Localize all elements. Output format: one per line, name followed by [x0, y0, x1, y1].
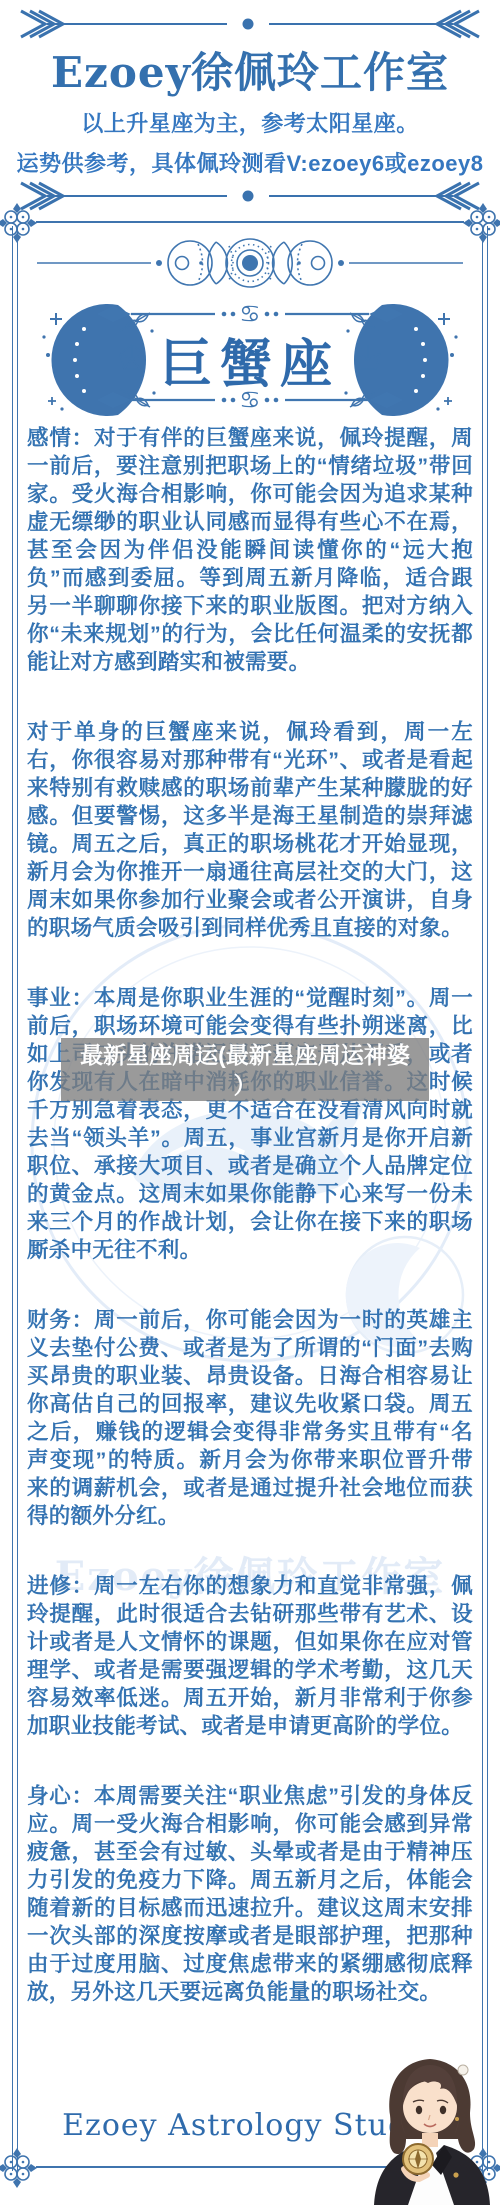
astrologer-avatar-illustration [366, 2053, 498, 2205]
frame-right-border [482, 226, 488, 2171]
studio-title: Ezoey徐佩玲工作室 [0, 40, 500, 100]
career-paragraph: 事业：本周是你职业生涯的“觉醒时刻”。周一前后，职场环境可能会变得有些扑朔迷离，… [27, 984, 473, 1264]
corner-rosette-icon [0, 2148, 37, 2188]
horoscope-body: 感情：对于有伴的巨蟹座来说，佩玲提醒，周一前后，要注意别把职场上的“情绪垃圾”带… [27, 424, 473, 2048]
health-paragraph: 身心：本周需要关注“职业焦虑”引发的身体反应。周一受火海合相影响，你可能会感到异… [27, 1782, 473, 2006]
frame-left-border [12, 226, 18, 2171]
career-paragraph-wrap: 事业：本周是你职业生涯的“觉醒时刻”。周一前后，职场环境可能会变得有些扑朔迷离，… [27, 984, 473, 1264]
pasted-caption-watermark: 最新星座周运(最新星座周运神婆 ） [61, 1038, 429, 1101]
zodiac-sign-title: 巨蟹座 [0, 322, 500, 397]
zodiac-arrow-divider-icon: ♋ [95, 387, 405, 413]
caption-line-2: ） [234, 1070, 257, 1100]
love-paragraph: 感情：对于有伴的巨蟹座来说，佩玲提醒，周一前后，要注意别把职场上的“情绪垃圾”带… [27, 424, 473, 676]
subtitle-contact: 运势供参考，具体佩玲测看V:ezoey6或ezoey8 [0, 147, 500, 178]
cancer-symbol-icon: ♋ [239, 387, 261, 413]
frame-top-border [36, 221, 464, 223]
moon-phases-icon [35, 234, 465, 292]
caption-line-1: 最新星座周运(最新星座周运神婆 [80, 1040, 410, 1070]
horoscope-poster: Ezoey徐佩玲工作室 Ezoey徐佩玲工作室 以上升星座为主，参考太阳星座。 … [0, 0, 500, 2205]
single-paragraph: 对于单身的巨蟹座来说，佩玲看到，周一左右，你很容易对那种带有“光环”、或者是看起… [27, 718, 473, 942]
subtitle-rising-sign: 以上升星座为主，参考太阳星座。 [0, 107, 500, 138]
corner-rosette-icon [0, 203, 37, 243]
study-paragraph: 进修：周一左右你的想象力和直觉非常强，佩玲提醒，此时很适合去钻研那些带有艺术、设… [27, 1572, 473, 1740]
arrow-divider-icon [15, 180, 485, 212]
corner-rosette-icon [463, 203, 500, 243]
arrow-divider-icon [15, 8, 485, 40]
money-paragraph: 财务：周一前后，你可能会因为一时的英雄主义去垫付公费、或者是为了所谓的“门面”去… [27, 1306, 473, 1530]
